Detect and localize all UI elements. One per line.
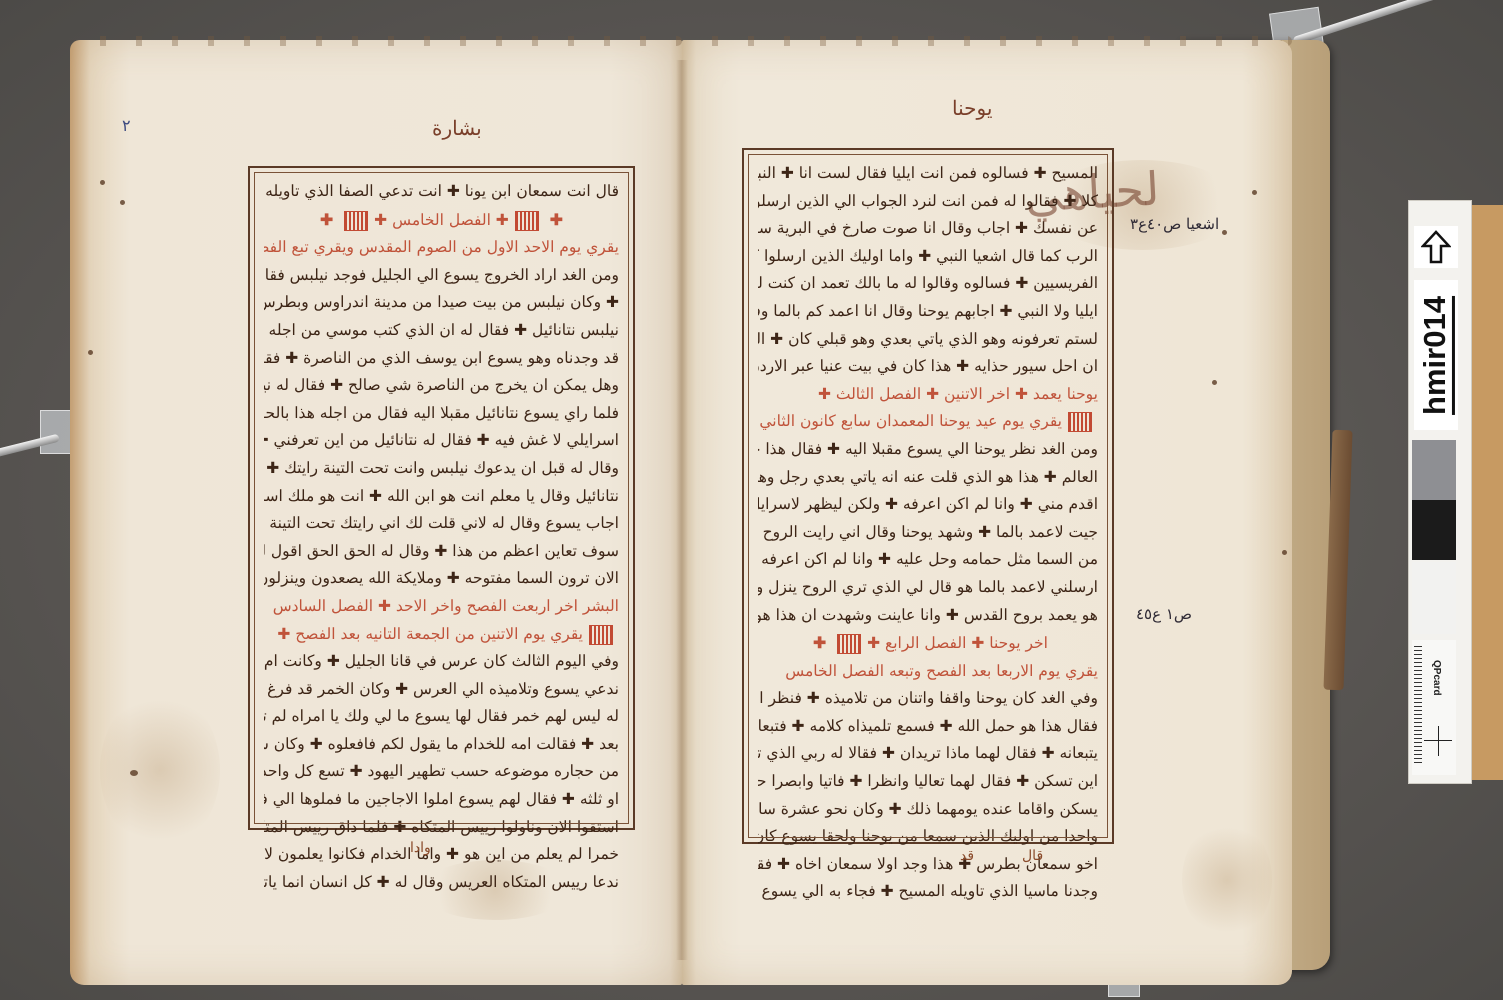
text-line: اخو سمعان بطرس ✚ هذا وجد اولا سمعان اخاه… <box>758 851 1098 879</box>
rubric-line: يقري يوم الاربعا بعد الفصح وتبعه الفصل ا… <box>758 658 1098 686</box>
ruler-ticks <box>1414 646 1422 766</box>
margin-note-reference: ص١ ع٤٥ <box>1136 605 1192 623</box>
folio-mark: ٢ <box>122 116 131 135</box>
text-line: ✚ وكان نيلبس من بيت صيدا من مدينة اندراو… <box>264 289 619 317</box>
text-line: واحدا من اوليك الذين سمعا من يوحنا ولحقا… <box>758 823 1098 851</box>
ornament-icon <box>344 211 368 231</box>
text-line: فقال هذا هو حمل الله ✚ فسمع تلميذاه كلام… <box>758 713 1098 741</box>
text-line: هو يعمد بروح القدس ✚ وانا عاينت وشهدت ان… <box>758 602 1098 630</box>
text-line: سوف تعاين اعظم من هذا ✚ وقال له الحق الح… <box>264 538 619 566</box>
text-line: وفي اليوم الثالث كان عرس في قانا الجليل … <box>264 648 619 676</box>
ornament-icon <box>837 634 861 654</box>
text-line: يسكن واقاما عنده يومهما ذلك ✚ وكان نحو ع… <box>758 796 1098 824</box>
right-running-head: يوحنا <box>952 96 992 120</box>
text-line: ومن الغد اراد الخروج يسوع الي الجليل فوج… <box>264 262 619 290</box>
right-text-block: المسيح ✚ فسالوه فمن انت ايليا فقال لست ا… <box>742 148 1114 844</box>
right-catchword-1: قال <box>1022 848 1043 864</box>
orientation-arrow <box>1414 226 1458 268</box>
text-line: من السما مثل حمامه وحل عليه ✚ وانا لم اك… <box>758 546 1098 574</box>
text-line: وفي الغد كان يوحنا واقفا واتنان من تلامي… <box>758 685 1098 713</box>
margin-note-isaiah: اشعيا ص٤٠ع٣ <box>1130 215 1219 233</box>
open-manuscript: بشارة يوحنا ٢ لحياهي قال انت سمعان ابن ي… <box>70 40 1400 985</box>
qpcard-brand: QPcard <box>1431 660 1442 696</box>
scale-ruler: QPcard <box>1412 640 1456 775</box>
chapter-heading: ✚✚ الفصل الخامس ✚✚ <box>264 206 619 235</box>
text-line: ندعي يسوع وتلاميذه الي العرس ✚ وكان الخم… <box>264 676 619 704</box>
text-line: العالم ✚ هذا هو الذي قلت عنه انه ياتي بع… <box>758 464 1098 492</box>
text-line: جيت لاعمد بالما ✚ وشهد يوحنا وقال اني را… <box>758 519 1098 547</box>
black-patch <box>1412 500 1456 560</box>
text-line: ان احل سيور حذايه ✚ هذا كان في بيت عنيا … <box>758 353 1098 381</box>
text-line: الرب كما قال اشعيا النبي ✚ واما اوليك ال… <box>758 243 1098 271</box>
text-line: اجاب يسوع وقال له لاني قلت لك اني رايتك … <box>264 510 619 538</box>
chapter-heading: اخر يوحنا ✚ الفصل الرابع ✚✚ <box>758 629 1098 658</box>
up-arrow-icon <box>1421 230 1451 264</box>
text-line: المسيح ✚ فسالوه فمن انت ايليا فقال لست ا… <box>758 160 1098 188</box>
text-line: عن نفسك ✚ اجاب وقال انا صوت صارخ في البر… <box>758 215 1098 243</box>
rubric-line: يوحنا يعمد ✚ اخر الاتنين ✚ الفصل الثالث … <box>758 381 1098 409</box>
shelfmark-label: hmir014 <box>1414 280 1458 430</box>
ornament-icon <box>1068 412 1092 432</box>
text-line: ايليا ولا النبي ✚ اجابهم يوحنا وقال انا … <box>758 298 1098 326</box>
left-text-block: قال انت سمعان ابن يونا ✚ انت تدعي الصفا … <box>248 166 635 830</box>
gray-patch <box>1412 440 1456 500</box>
rubric-line: يقري يوم الاتنين من الجمعة التانيه بعد ا… <box>264 621 619 649</box>
text-line: او ثلثه ✚ فقال لهم يسوع املوا الاجاجين م… <box>264 786 619 814</box>
text-line: نتانائيل وقال يا معلم انت هو ابن الله ✚ … <box>264 483 619 511</box>
text-line: ندعا رييس المتكاه العريس وقال له ✚ كل ان… <box>264 869 619 897</box>
text-line: من حجاره موضوعه حسب تطهير اليهود ✚ تسع ك… <box>264 758 619 786</box>
left-running-head: بشارة <box>432 116 482 140</box>
text-line: وهل يمكن ان يخرج من الناصرة شي صالح ✚ فق… <box>264 372 619 400</box>
text-line: ارسلني لاعمد بالما هو قال لي الذي تري ال… <box>758 574 1098 602</box>
text-line: نيلبس نتانائيل ✚ فقال له ان الذي كتب موس… <box>264 317 619 345</box>
text-line: لستم تعرفونه وهو الذي ياتي بعدي وهو قبلي… <box>758 326 1098 354</box>
text-line: فلما راي يسوع نتانائيل مقبلا اليه فقال م… <box>264 400 619 428</box>
text-line: اقدم مني ✚ وانا لم اكن اعرفه ✚ ولكن ليظه… <box>758 491 1098 519</box>
text-line: وقال له قبل ان يدعوك نيلبس وانت تحت التي… <box>264 455 619 483</box>
text-line: يتبعانه ✚ فقال لهما ماذا تريدان ✚ فقالا … <box>758 740 1098 768</box>
text-line: قد وجدناه وهو يسوع ابن يوسف الذي من النا… <box>264 345 619 373</box>
text-line: وجدنا ماسيا الذي تاويله المسيح ✚ فجاء به… <box>758 878 1098 906</box>
text-line: له ليس لهم خمر فقال لها يسوع ما لي ولك ي… <box>264 703 619 731</box>
text-line: بعد ✚ فقالت امه للخدام ما يقول لكم فافعل… <box>264 731 619 759</box>
text-line: الان ترون السما مفتوحه ✚ وملايكة الله يص… <box>264 565 619 593</box>
text-line: خمرا لم يعلم من اين هو ✚ واما الخدام فكا… <box>264 841 619 869</box>
rubric-line: يقري يوم الاحد الاول من الصوم المقدس ويق… <box>264 234 619 262</box>
text-line: استقوا الان وناولوا رييس المتكاه ✚ فلما … <box>264 814 619 842</box>
rubric-line: يقري يوم عيد يوحنا المعمدان سابع كانون ا… <box>758 408 1098 436</box>
text-line: اين تسكن ✚ فقال لهما تعاليا وانظرا ✚ فات… <box>758 768 1098 796</box>
text-line: ومن الغد نظر يوحنا الي يسوع مقبلا اليه ✚… <box>758 436 1098 464</box>
right-catchword-2: قد <box>960 848 974 864</box>
text-line: اسرايلي لا غش فيه ✚ فقال له نتانائيل من … <box>264 427 619 455</box>
gutter-fold <box>676 60 688 960</box>
text-line: الفريسيين ✚ فسالوه وقالوا له ما بالك تعم… <box>758 270 1098 298</box>
text-line: قال انت سمعان ابن يونا ✚ انت تدعي الصفا … <box>264 178 619 206</box>
white-patch <box>1412 562 1456 634</box>
text-line: كلا ✚ فقالوا له فمن انت لنرد الجواب الي … <box>758 188 1098 216</box>
ornament-icon <box>589 625 613 645</box>
left-catchword: وادا <box>410 840 431 856</box>
ornament-icon <box>515 211 539 231</box>
rubric-line: البشر اخر اربعت الفصح واخر الاحد ✚ الفصل… <box>264 593 619 621</box>
